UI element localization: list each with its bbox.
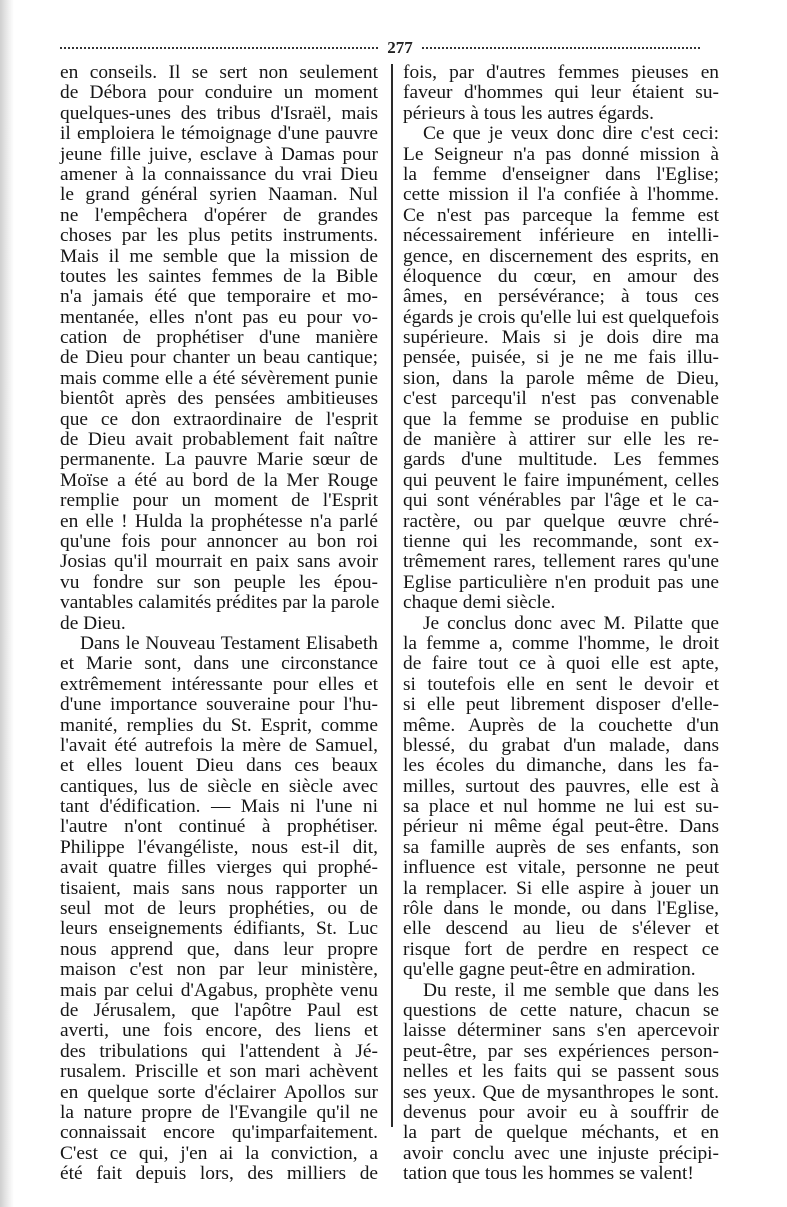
text-line: gards d'une multitude. Les femmes bbox=[403, 450, 719, 470]
text-line: choses par les plus petits instruments. bbox=[60, 226, 378, 246]
text-line: en quelque sorte d'éclairer Apollos sur bbox=[60, 1083, 378, 1103]
text-line: égards je crois qu'elle lui est quelquef… bbox=[403, 308, 719, 328]
text-line: été fait depuis lors, des milliers de bbox=[60, 1164, 378, 1184]
text-line: même. Auprès de la couchette d'un bbox=[403, 716, 719, 736]
text-line: Je conclus donc avec M. Pilatte que bbox=[403, 614, 719, 634]
text-line: l'avait été autrefois la mère de Samuel, bbox=[60, 736, 378, 756]
text-line: Le Seigneur n'a pas donné mission à bbox=[403, 145, 719, 165]
text-line: milles, surtout des pauvres, elle est à bbox=[403, 777, 719, 797]
text-line: la femme a, comme l'homme, le droit bbox=[403, 634, 719, 654]
text-line: devenus pour avoir eu à souffrir de bbox=[403, 1103, 719, 1123]
text-line: chaque demi siècle. bbox=[403, 593, 719, 613]
text-line: laisse déterminer sans s'en apercevoir bbox=[403, 1021, 719, 1041]
text-line: de manière à attirer sur elle les re- bbox=[403, 430, 719, 450]
text-line: extrêmement intéressante pour elles et bbox=[60, 675, 378, 695]
text-line: amener à la connaissance du vrai Dieu bbox=[60, 165, 378, 185]
left-text-column: en conseils. Il se sert non seulementde … bbox=[60, 63, 378, 1184]
text-line: le grand général syrien Naaman. Nul bbox=[60, 185, 378, 205]
text-line: c'est parcequ'il n'est pas convenable bbox=[403, 389, 719, 409]
text-line: périeur ni même égal peut-être. Dans bbox=[403, 817, 719, 837]
text-line: seul mot de leurs prophéties, ou de bbox=[60, 899, 378, 919]
scan-left-edge-shadow bbox=[0, 0, 14, 1207]
text-line: en elle ! Hulda la prophétesse n'a parlé bbox=[60, 512, 378, 532]
text-line: de Dieu avait probablement fait naître bbox=[60, 430, 378, 450]
text-line: Moïse a été au bord de la Mer Rouge bbox=[60, 471, 378, 491]
text-line: rusalem. Priscille et son mari achèvent bbox=[60, 1062, 378, 1082]
text-line: supérieure. Mais si je dois dire ma bbox=[403, 328, 719, 348]
text-line: manité, remplies du St. Esprit, comme bbox=[60, 716, 378, 736]
text-line: quelques-unes des tribus d'Israël, mais bbox=[60, 104, 378, 124]
text-line: d'une importance souveraine pour l'hu- bbox=[60, 695, 378, 715]
page-header: 277 bbox=[60, 38, 700, 58]
text-line: n'a jamais été que temporaire et mo- bbox=[60, 287, 378, 307]
text-line: averti, une fois encore, des liens et bbox=[60, 1021, 378, 1041]
text-line: Du reste, il me semble que dans les bbox=[403, 981, 719, 1001]
text-line: la femme d'enseigner dans l'Eglise; bbox=[403, 165, 719, 185]
text-line: de Dieu. bbox=[60, 614, 378, 634]
text-line: vu fondre sur son peuple les épou- bbox=[60, 573, 378, 593]
column-divider bbox=[391, 64, 393, 1127]
text-line: Philippe l'évangéliste, nous est-il dit, bbox=[60, 838, 378, 858]
text-line: pensée, puisée, si je ne me fais illu- bbox=[403, 348, 719, 368]
text-line: de Dieu pour chanter un beau cantique; bbox=[60, 348, 378, 368]
text-line: Dans le Nouveau Testament Elisabeth bbox=[60, 634, 378, 654]
text-line: périeurs à tous les autres égards. bbox=[403, 104, 719, 124]
text-line: que la femme se produise en public bbox=[403, 410, 719, 430]
text-line: qu'elle gagne peut-être en admiration. bbox=[403, 960, 719, 980]
text-line: en conseils. Il se sert non seulement bbox=[60, 63, 378, 83]
text-line: jeune fille juive, esclave à Damas pour bbox=[60, 145, 378, 165]
text-line: Eglise particulière n'en produit pas une bbox=[403, 573, 719, 593]
text-line: mais comme elle a été sévèrement punie bbox=[60, 369, 378, 389]
text-line: bientôt après des pensées ambitieuses bbox=[60, 389, 378, 409]
text-line: des tribulations qui l'attendent à Jé- bbox=[60, 1042, 378, 1062]
text-line: ses yeux. Que de mysanthropes le sont. bbox=[403, 1083, 719, 1103]
text-line: la nature propre de l'Evangile qu'il ne bbox=[60, 1103, 378, 1123]
text-line: la remplacer. Si elle aspire à jouer un bbox=[403, 879, 719, 899]
text-line: tant d'édification. — Mais ni l'une ni bbox=[60, 797, 378, 817]
text-line: si toutefois elle en sent le devoir et bbox=[403, 675, 719, 695]
text-line: risque fort de perdre en respect ce bbox=[403, 940, 719, 960]
text-line: questions de cette nature, chacun se bbox=[403, 1001, 719, 1021]
text-line: de Jérusalem, que l'apôtre Paul est bbox=[60, 1001, 378, 1021]
text-line: permanente. La pauvre Marie sœur de bbox=[60, 450, 378, 470]
text-line: maison c'est non par leur ministère, bbox=[60, 960, 378, 980]
text-line: blessé, du grabat d'un malade, dans bbox=[403, 736, 719, 756]
text-line: toutes les saintes femmes de la Bible bbox=[60, 267, 378, 287]
text-line: mentanée, elles n'ont pas eu pour vo- bbox=[60, 308, 378, 328]
text-line: influence est vitale, personne ne peut bbox=[403, 858, 719, 878]
text-line: et elles louent Dieu dans ces beaux bbox=[60, 756, 378, 776]
text-line: âmes, en persévérance; à tous ces bbox=[403, 287, 719, 307]
right-text-column: fois, par d'autres femmes pieuses enfave… bbox=[403, 63, 719, 1184]
text-line: Josias qu'il mourrait en paix sans avoir bbox=[60, 552, 378, 572]
text-line: ne l'empêchera d'opérer de grandes bbox=[60, 206, 378, 226]
text-line: sa place et nul homme ne lui est su- bbox=[403, 797, 719, 817]
text-line: ractère, ou par quelque œuvre chré- bbox=[403, 512, 719, 532]
text-line: nous apprend que, dans leur propre bbox=[60, 940, 378, 960]
text-line: Mais il me semble que la mission de bbox=[60, 247, 378, 267]
text-line: qu'une fois pour annoncer au bon roi bbox=[60, 532, 378, 552]
text-line: rôle dans le monde, ou dans l'Eglise, bbox=[403, 899, 719, 919]
text-line: fois, par d'autres femmes pieuses en bbox=[403, 63, 719, 83]
text-line: C'est ce qui, j'en ai la conviction, a bbox=[60, 1144, 378, 1164]
text-line: cantiques, lus de siècle en siècle avec bbox=[60, 777, 378, 797]
text-line: mais par celui d'Agabus, prophète venu bbox=[60, 981, 378, 1001]
text-line: tation que tous les hommes se valent! bbox=[403, 1164, 719, 1184]
text-line: avoir conclu avec une injuste précipi- bbox=[403, 1144, 719, 1164]
text-line: nelles et les faits qui se passent sous bbox=[403, 1062, 719, 1082]
text-line: qui peuvent le faire impunément, celles bbox=[403, 471, 719, 491]
text-line: l'autre n'ont continué à prophétiser. bbox=[60, 817, 378, 837]
text-line: qui sont vénérables par l'âge et le ca- bbox=[403, 491, 719, 511]
text-line: elle descend au lieu de s'élever et bbox=[403, 919, 719, 939]
text-line: Ce n'est pas parceque la femme est bbox=[403, 206, 719, 226]
text-line: si elle peut librement disposer d'elle- bbox=[403, 695, 719, 715]
header-rule-right bbox=[422, 47, 700, 49]
text-line: leurs enseignements édifiants, St. Luc bbox=[60, 919, 378, 939]
text-line: de faire tout ce à quoi elle est apte, bbox=[403, 654, 719, 674]
text-line: vantables calamités prédites par la paro… bbox=[60, 593, 378, 613]
header-rule-left bbox=[60, 47, 378, 49]
text-line: les écoles du dimanche, dans les fa- bbox=[403, 756, 719, 776]
text-line: sa famille auprès de ses enfants, son bbox=[403, 838, 719, 858]
text-line: cette mission il l'a confiée à l'homme. bbox=[403, 185, 719, 205]
text-line: Ce que je veux donc dire c'est ceci: bbox=[403, 124, 719, 144]
text-line: avait quatre filles vierges qui prophé- bbox=[60, 858, 378, 878]
text-line: connaissait encore qu'imparfaitement. bbox=[60, 1123, 378, 1143]
text-line: et Marie sont, dans une circonstance bbox=[60, 654, 378, 674]
text-line: de Débora pour conduire un moment bbox=[60, 83, 378, 103]
text-line: il emploiera le témoignage d'une pauvre bbox=[60, 124, 378, 144]
text-line: remplie pour un moment de l'Esprit bbox=[60, 491, 378, 511]
text-line: nécessairement inférieure en intelli- bbox=[403, 226, 719, 246]
text-line: tienne qui les recommande, sont ex- bbox=[403, 532, 719, 552]
page-number: 277 bbox=[380, 38, 420, 58]
text-line: gence, en discernement des esprits, en bbox=[403, 247, 719, 267]
text-line: cation de prophétiser d'une manière bbox=[60, 328, 378, 348]
text-line: que ce don extraordinaire de l'esprit bbox=[60, 410, 378, 430]
text-line: la part de quelque méchants, et en bbox=[403, 1123, 719, 1143]
text-line: éloquence du cœur, en amour des bbox=[403, 267, 719, 287]
text-line: sion, dans la parole même de Dieu, bbox=[403, 369, 719, 389]
text-line: faveur d'hommes qui leur étaient su- bbox=[403, 83, 719, 103]
text-line: trêmement rares, tellement rares qu'une bbox=[403, 552, 719, 572]
text-line: peut-être, par ses expériences person- bbox=[403, 1042, 719, 1062]
text-line: tisaient, mais sans nous rapporter un bbox=[60, 879, 378, 899]
